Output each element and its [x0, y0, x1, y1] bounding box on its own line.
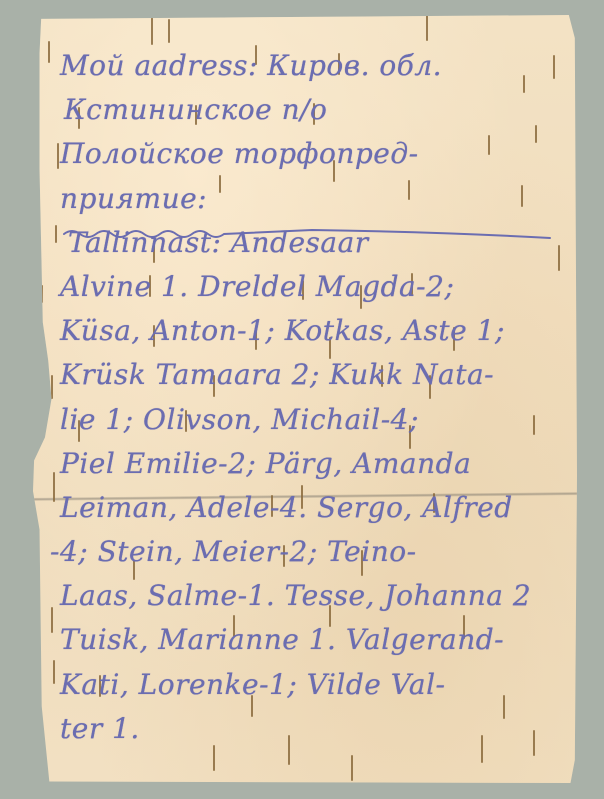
- text-line: -4; Stein, Meier-2; Teino-: [50, 530, 570, 574]
- bark-mark: [41, 285, 43, 303]
- bark-mark: [53, 472, 55, 502]
- text-line: Мой aadress: Киров. обл.: [60, 44, 570, 88]
- bark-mark: [168, 19, 170, 43]
- text-line: Küsa, Anton-1; Kotkas, Aste 1;: [60, 309, 570, 353]
- text-line: Kati, Lorenke-1; Vilde Val-: [60, 663, 570, 707]
- text-line: Laas, Salme-1. Tesse, Johanna 2: [60, 574, 570, 618]
- text-line: Полойское торфопред-: [60, 132, 570, 176]
- bark-mark: [51, 375, 53, 399]
- text-line: Leiman, Adele-4. Sergo, Alfred: [60, 486, 570, 530]
- bark-mark: [351, 755, 353, 781]
- bark-mark: [51, 607, 53, 633]
- text-line: ter 1.: [60, 707, 570, 751]
- text-line: lie 1; Olivson, Michail-4;: [60, 398, 570, 442]
- text-line: Кстининское п/о: [60, 88, 570, 132]
- text-line: Piel Emilie-2; Pärg, Amanda: [60, 442, 570, 486]
- text-line: Tuisk, Marianne 1. Valgerand-: [60, 618, 570, 662]
- bark-mark: [55, 225, 57, 243]
- text-line: Alvine 1. Dreldel Magda-2;: [60, 265, 570, 309]
- bark-mark: [426, 15, 428, 41]
- text-line: Tallinnast: Andesaar: [60, 221, 570, 265]
- handwritten-text: Мой aadress: Киров. обл. Кстининское п/о…: [60, 44, 570, 751]
- bark-mark: [151, 17, 153, 45]
- bark-mark: [53, 660, 55, 684]
- text-line: Krüsk Tamaara 2; Kukk Nata-: [60, 353, 570, 397]
- text-line: приятие:: [60, 177, 570, 221]
- bark-mark: [48, 41, 50, 63]
- bark-mark: [57, 143, 59, 169]
